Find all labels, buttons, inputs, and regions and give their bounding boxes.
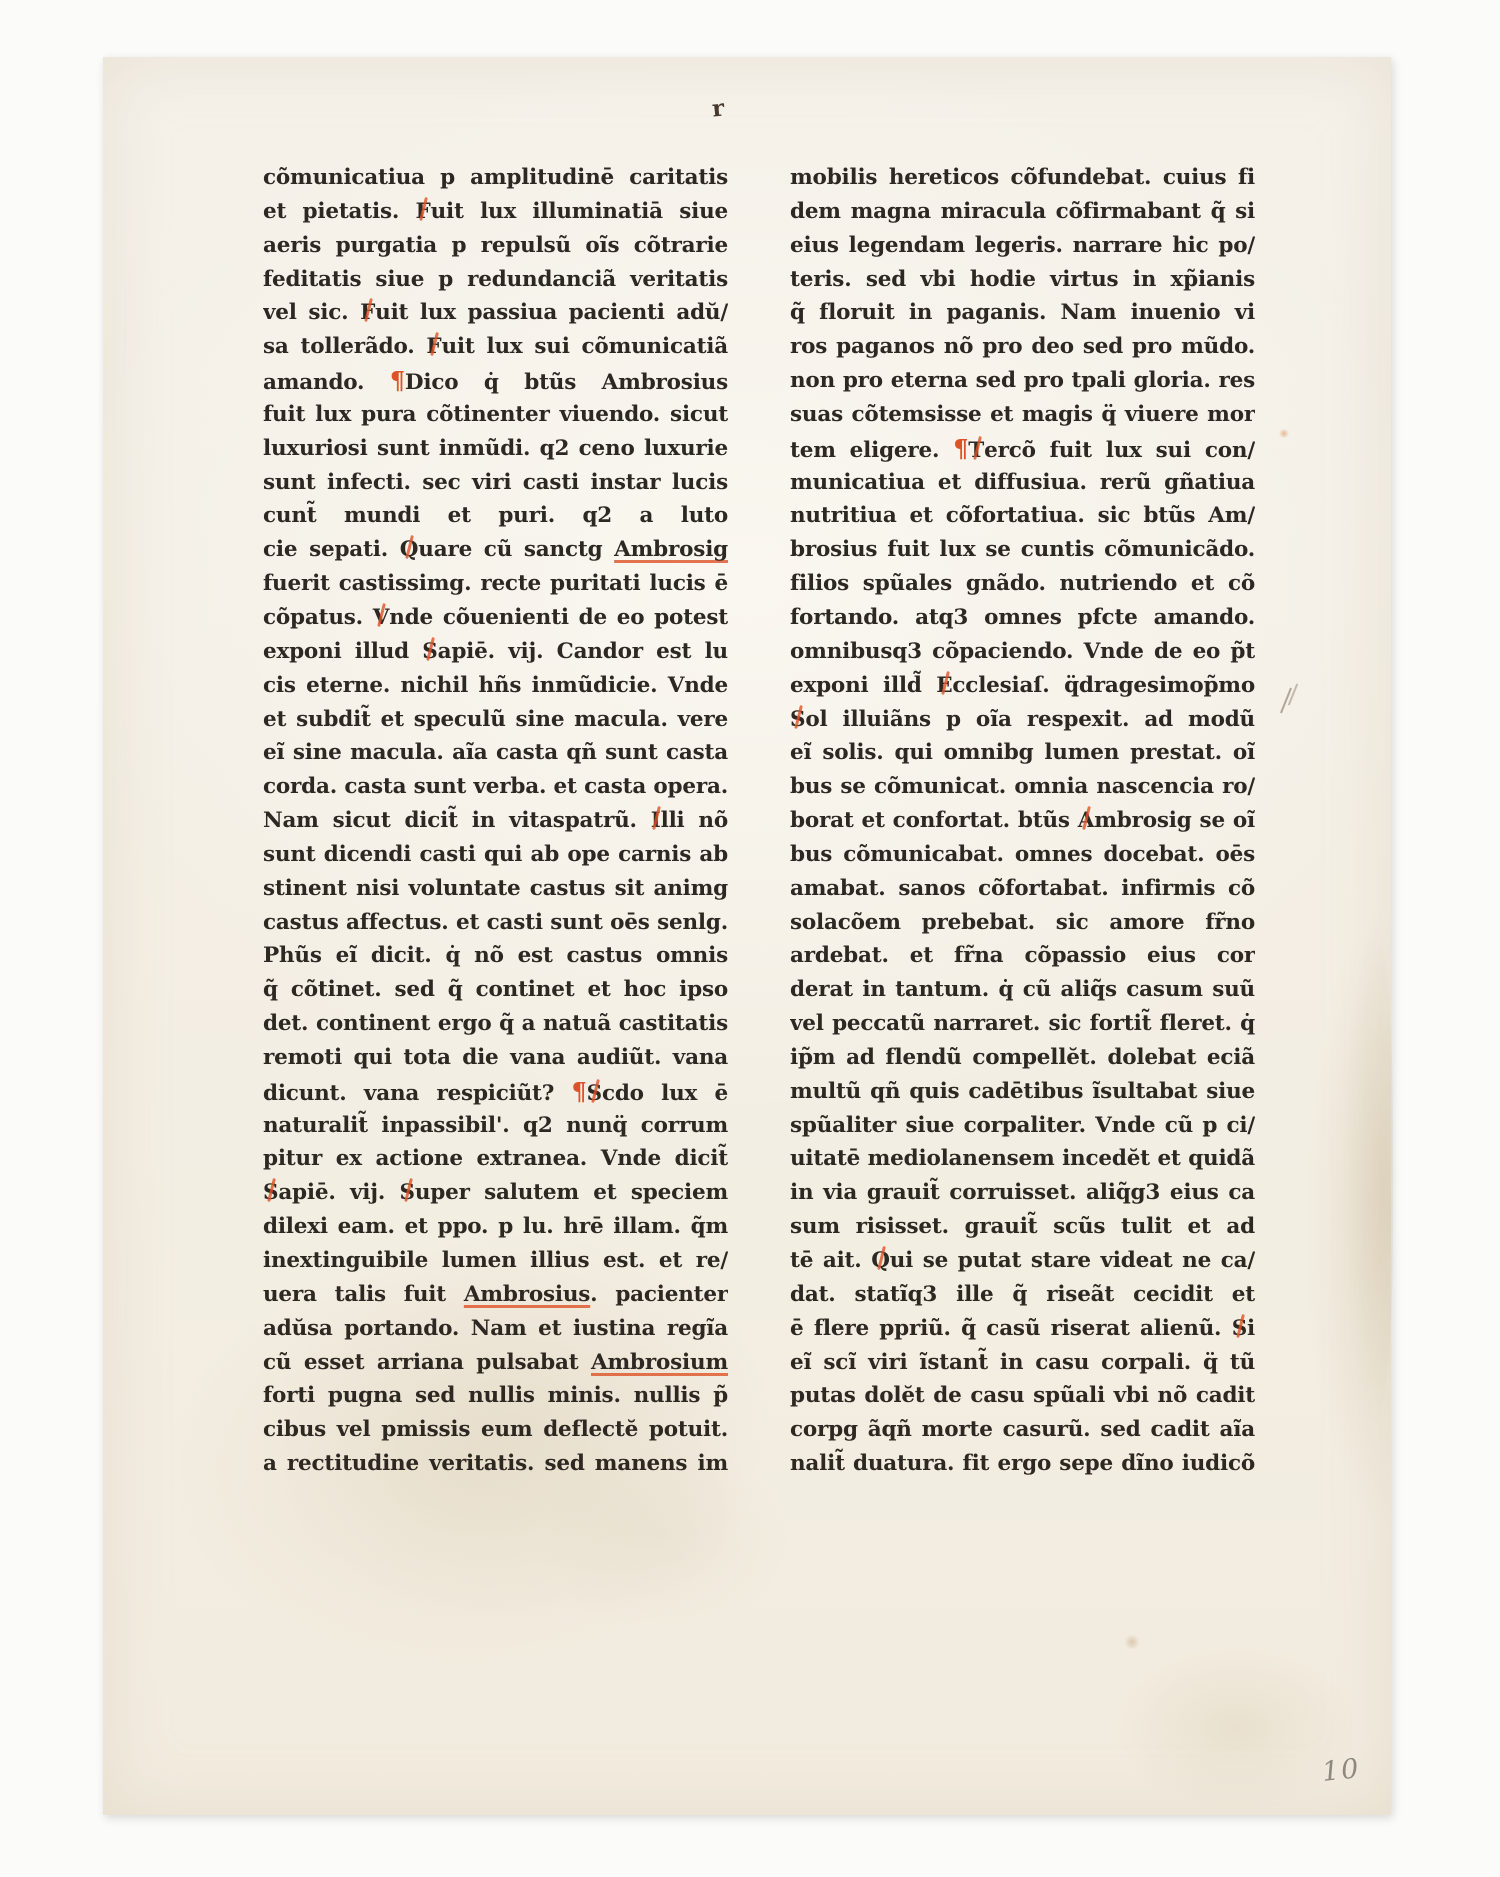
text-segment: borat et confortat. btũs xyxy=(790,808,1078,833)
text-segment: sum risisset. grauit̃ scũs tulit et ad r… xyxy=(790,1214,1255,1244)
text-segment: Nam sicut dicit̃ in vitaspatrũ. xyxy=(263,808,651,833)
text-segment: exponi illd̃ xyxy=(790,673,936,698)
text-segment: ercõ fuit lux sui con/ xyxy=(984,438,1255,463)
text-line: fuit lux pura cõtinenter viuendo. sicut xyxy=(263,398,728,432)
text-line: Phũs eĩ dicit. q̇ nõ est castus omnis xyxy=(263,939,728,973)
text-line: omnibusq3 cõpaciendo. Vnde de eo p̃t xyxy=(790,635,1255,669)
rubricated-initial: Q xyxy=(871,1244,890,1278)
text-segment: i xyxy=(1247,1316,1255,1341)
text-line: multũ qñ quis cadētibus ĩsultabat siue xyxy=(790,1075,1255,1109)
text-segment: mobilis hereticos cõfundebat. cuius fi xyxy=(790,165,1255,190)
text-line: exponi illd̃ Ecclesiaſ. q̈dragesimop̃mo xyxy=(790,669,1255,703)
text-line: Nam sicut dicit̃ in vitaspatrũ. Illi nõ xyxy=(263,804,728,838)
rubricated-initial: S xyxy=(587,1077,602,1109)
text-line: ip̃m ad flendũ compellĕt. dolebat eciã xyxy=(790,1041,1255,1075)
text-line: aeris purgatia p repulsũ oĩs cõtrarie xyxy=(263,229,728,263)
text-line: eius legendam legeris. narrare hic po/ xyxy=(790,229,1255,263)
text-segment: luxuriosi sunt inmũdi. q2 ceno luxurie xyxy=(263,436,728,461)
text-segment: et subdit̃ et speculũ sine macula. vere xyxy=(263,707,728,732)
text-segment: tem eligere. xyxy=(790,438,953,463)
text-line: bus cõmunicabat. omnes docebat. oēs xyxy=(790,838,1255,872)
text-segment: filios spũales gnãdo. nutriendo et cõ xyxy=(790,571,1255,596)
text-segment: solacõem prebebat. sic amore fr̃no totg xyxy=(790,910,1255,940)
text-segment: . pacienter xyxy=(590,1282,728,1307)
text-segment: multũ qñ quis cadētibus ĩsultabat siue xyxy=(790,1079,1255,1104)
text-segment: corpg ãqñ morte casurũ. sed cadit aĩa et… xyxy=(790,1417,1255,1447)
text-line: dem magna miracula cõfirmabant q̃ si xyxy=(790,195,1255,229)
text-segment: lli nõ xyxy=(661,808,728,833)
text-segment: eĩ scĩ viri ĩstant̃ in casu corpali. q̈ … xyxy=(790,1350,1255,1375)
text-line: spũaliter siue corpaliter. Vnde cũ p ci/ xyxy=(790,1109,1255,1143)
text-segment: aeris purgatia p repulsũ oĩs cõtrarie xyxy=(263,233,728,258)
text-line: ardebat. et fr̃na cõpassio eius cor poss… xyxy=(790,939,1255,973)
text-segment: ardebat. et fr̃na cõpassio eius cor poss… xyxy=(790,943,1255,973)
text-segment: dem magna miracula cõfirmabant q̃ si xyxy=(790,199,1255,224)
text-line: Sapiē. vij. Super salutem et speciem xyxy=(263,1176,728,1210)
text-segment: nde cõuenienti de eo potest xyxy=(389,605,728,630)
pilcrow-rubric-mark: ¶ xyxy=(953,434,968,463)
text-segment: eĩ solis. qui omnibg lumen prestat. oĩ xyxy=(790,740,1255,765)
text-line: cis eterne. nichil hñs inmũdicie. Vnde xyxy=(263,669,728,703)
rubricated-name: Ambrosig xyxy=(614,537,728,562)
text-line: luxuriosi sunt inmũdi. q2 ceno luxurie xyxy=(263,432,728,466)
rubricated-initial: S xyxy=(400,1176,415,1210)
rubricated-initial: F xyxy=(426,330,441,364)
text-segment: dat. statĩq3 ille q̃ riseãt cecidit et c… xyxy=(790,1282,1255,1312)
text-line: cibus vel pmissis eum deflectĕ potuit. xyxy=(263,1413,728,1447)
text-line: dat. statĩq3 ille q̃ riseãt cecidit et c… xyxy=(790,1278,1255,1312)
text-line: uera talis fuit Ambrosius. pacienter xyxy=(263,1278,728,1312)
text-line: sa tollerãdo. Fuit lux sui cõmunicatiã xyxy=(263,330,728,364)
text-line: brosius fuit lux se cuntis cõmunicãdo. xyxy=(790,533,1255,567)
text-line: adŭsa portando. Nam et iustina regĩa xyxy=(263,1312,728,1346)
rubricated-initial: S xyxy=(422,635,437,669)
text-segment: fortando. atq3 omnes pfcte amando. xyxy=(790,605,1255,630)
text-segment: remoti qui tota die vana audiũt. vana xyxy=(263,1045,728,1070)
rubricated-initial: F xyxy=(360,296,375,330)
text-line: teris. sed vbi hodie virtus in xp̃ianis xyxy=(790,263,1255,297)
text-segment: uit lux passiua pacienti adŭ/ xyxy=(375,300,728,325)
text-segment: eĩ sine macula. aĩa casta qñ sunt casta xyxy=(263,740,728,765)
text-line: cũ esset arriana pulsabat Ambrosium xyxy=(263,1346,728,1380)
text-line: naturalit̃ inpassibil'. q2 nunq̈ corrum xyxy=(263,1109,728,1143)
foxing-spot xyxy=(1123,1635,1141,1649)
text-segment: in via grauit̃ corruisset. aliq̃g3 eius … xyxy=(790,1180,1255,1205)
text-segment: cclesiaſ. q̈dragesimop̃mo xyxy=(952,673,1255,698)
text-line: cie sepati. Quare cũ sanctg Ambrosig xyxy=(263,533,728,567)
text-segment: uera talis fuit xyxy=(263,1282,464,1307)
text-segment: non pro eterna sed pro tpali gloria. res xyxy=(790,368,1255,393)
text-segment: det. continent ergo q̃ a natuã castitati… xyxy=(263,1011,728,1036)
text-segment: castus affectus. et casti sunt oēs senlg… xyxy=(263,910,728,935)
text-line: amabat. sanos cõfortabat. infirmis cõ xyxy=(790,872,1255,906)
text-line: sunt dicendi casti qui ab ope carnis ab xyxy=(263,838,728,872)
text-segment: naturalit̃ inpassibil'. q2 nunq̈ corrum xyxy=(263,1113,728,1138)
rubricated-initial: S xyxy=(790,703,805,737)
text-segment: suas cõtemsisse et magis q̈ viuere mor xyxy=(790,402,1255,427)
text-segment: q̃ cõtinet. sed q̃ continet et hoc ipso … xyxy=(263,977,728,1007)
text-line: borat et confortat. btũs Ambrosig se oĩ xyxy=(790,804,1255,838)
text-line: eĩ scĩ viri ĩstant̃ in casu corpali. q̈ … xyxy=(790,1346,1255,1380)
text-segment: cõmunicatiua p amplitudinē caritatis xyxy=(263,165,728,190)
text-line: nutritiua et cõfortatiua. sic btũs Am/ xyxy=(790,499,1255,533)
text-line: det. continent ergo q̃ a natuã castitati… xyxy=(263,1007,728,1041)
text-segment: eius legendam legeris. narrare hic po/ xyxy=(790,233,1255,258)
text-line: ros paganos nõ pro deo sed pro mũdo. xyxy=(790,330,1255,364)
text-segment: cdo lux ē xyxy=(602,1081,728,1106)
rubricated-initial: S xyxy=(263,1176,278,1210)
text-segment: bus cõmunicabat. omnes docebat. oēs xyxy=(790,842,1255,867)
text-line: exponi illud Sapiē. vij. Candor est lu xyxy=(263,635,728,669)
rubricated-initial: Q xyxy=(400,533,419,567)
text-line: pitur ex actione extranea. Vnde dicit̃ xyxy=(263,1142,728,1176)
rubricated-name: Ambrosius xyxy=(464,1282,590,1307)
text-line: fortando. atq3 omnes pfcte amando. xyxy=(790,601,1255,635)
rubricated-name: Ambrosium xyxy=(591,1350,728,1375)
text-segment: forti pugna sed nullis minis. nullis p̃ xyxy=(263,1383,728,1408)
text-segment: nalit̃ duatura. fit ergo sepe dĩno iudic… xyxy=(790,1451,1255,1476)
rubricated-initial: F xyxy=(416,195,431,229)
text-segment: ros paganos nõ pro deo sed pro mũdo. xyxy=(790,334,1255,359)
rubricated-initial: A xyxy=(1078,804,1094,838)
text-segment: teris. sed vbi hodie virtus in xp̃ianis xyxy=(790,267,1255,292)
text-segment: municatiua et diffusiua. rerũ gñatiua xyxy=(790,470,1255,495)
text-segment: adŭsa portando. Nam et iustina regĩa xyxy=(263,1316,728,1341)
text-segment: cie sepati. xyxy=(263,537,400,562)
pilcrow-rubric-mark: ¶ xyxy=(390,366,405,395)
text-line: cunt̃ mundi et puri. q2 a luto cõcupiscē xyxy=(263,499,728,533)
text-segment: ip̃m ad flendũ compellĕt. dolebat eciã xyxy=(790,1045,1255,1070)
text-line: amando. ¶Dico q̇ btũs Ambrosius xyxy=(263,364,728,398)
text-segment: sunt dicendi casti qui ab ope carnis ab xyxy=(263,842,728,867)
text-segment: uare cũ sanctg xyxy=(418,537,614,562)
text-line: derat in tantum. q̇ cũ aliq̃s casum suũ xyxy=(790,973,1255,1007)
text-segment: apiē. vij. Candor est lu xyxy=(438,639,728,664)
text-line: ē flere ppriũ. q̃ casũ riserat alienũ. S… xyxy=(790,1312,1255,1346)
text-segment: feditatis siue p redundanciã veritatis xyxy=(263,267,728,292)
text-line: dicunt. vana respiciũt? ¶Scdo lux ē xyxy=(263,1075,728,1109)
text-segment: omnibusq3 cõpaciendo. Vnde de eo p̃t xyxy=(790,639,1255,664)
text-segment: Dico q̇ btũs Ambrosius xyxy=(405,370,728,395)
text-line: et subdit̃ et speculũ sine macula. vere xyxy=(263,703,728,737)
paper-leaf: r cõmunicatiua p amplitudinē caritatiset… xyxy=(103,57,1391,1815)
text-segment: corda. casta sunt verba. et casta opera. xyxy=(263,774,728,799)
text-segment: bus se cõmunicat. omnia nascencia ro/ xyxy=(790,774,1255,799)
text-line: fuerit castissimg. recte puritati lucis … xyxy=(263,567,728,601)
folio-signature-mark: r xyxy=(711,94,726,122)
text-segment: sunt infecti. sec viri casti instar luci… xyxy=(263,470,728,500)
text-segment: derat in tantum. q̇ cũ aliq̃s casum suũ xyxy=(790,977,1255,1002)
text-segment: uitatē mediolanensem incedĕt et quidã xyxy=(790,1146,1255,1171)
text-segment: cũ esset arriana pulsabat xyxy=(263,1350,591,1375)
text-line: vel peccatũ narraret. sic fortit̃ fleret… xyxy=(790,1007,1255,1041)
text-segment: exponi illud xyxy=(263,639,422,664)
text-line: non pro eterna sed pro tpali gloria. res xyxy=(790,364,1255,398)
text-line: suas cõtemsisse et magis q̈ viuere mor xyxy=(790,398,1255,432)
text-segment: et pietatis. xyxy=(263,199,416,224)
rubricated-initial: T xyxy=(968,434,984,466)
text-segment: stinent nisi voluntate castus sit animg xyxy=(263,876,728,901)
text-segment: ē flere ppriũ. q̃ casũ riserat alienũ. xyxy=(790,1316,1232,1341)
text-line: feditatis siue p redundanciã veritatis xyxy=(263,263,728,297)
text-line: cõmunicatiua p amplitudinē caritatis xyxy=(263,161,728,195)
text-segment: q̃ floruit in paganis. Nam inuenio vi xyxy=(790,300,1255,325)
text-line: filios spũales gnãdo. nutriendo et cõ xyxy=(790,567,1255,601)
text-segment: brosius fuit lux se cuntis cõmunicãdo. xyxy=(790,537,1255,562)
text-segment: dicunt. vana respiciũt? xyxy=(263,1081,572,1106)
text-line: corda. casta sunt verba. et casta opera. xyxy=(263,770,728,804)
text-segment: uit lux illuminatiā siue xyxy=(431,199,728,224)
text-segment: pitur ex actione extranea. Vnde dicit̃ xyxy=(263,1146,728,1171)
text-line: a rectitudine veritatis. sed manens im xyxy=(263,1447,728,1481)
text-segment: mbrosig se oĩ xyxy=(1094,808,1255,833)
text-line: forti pugna sed nullis minis. nullis p̃ xyxy=(263,1379,728,1413)
text-line: in via grauit̃ corruisset. aliq̃g3 eius … xyxy=(790,1176,1255,1210)
text-segment: sa tollerãdo. xyxy=(263,334,426,359)
text-line: dilexi eam. et ppo. p lu. hrē illam. q̃m xyxy=(263,1210,728,1244)
text-line: bus se cõmunicat. omnia nascencia ro/ xyxy=(790,770,1255,804)
text-segment: uit lux sui cõmunicatiã xyxy=(441,334,728,359)
text-line: tem eligere. ¶Tercõ fuit lux sui con/ xyxy=(790,432,1255,466)
text-line: municatiua et diffusiua. rerũ gñatiua xyxy=(790,466,1255,500)
text-column-right: mobilis hereticos cõfundebat. cuius fide… xyxy=(790,161,1255,1481)
text-segment: putas dolĕt de casu spũali vbi nõ cadit xyxy=(790,1383,1255,1408)
text-line: putas dolĕt de casu spũali vbi nõ cadit xyxy=(790,1379,1255,1413)
text-line: q̃ floruit in paganis. Nam inuenio vi xyxy=(790,296,1255,330)
text-line: solacõem prebebat. sic amore fr̃no totg xyxy=(790,906,1255,940)
text-segment: ui se putat stare videat ne ca/ xyxy=(890,1248,1255,1273)
scanned-incunabulum-page: { "document": { "kind": "incunabulum-lea… xyxy=(0,0,1500,1877)
text-line: mobilis hereticos cõfundebat. cuius fi xyxy=(790,161,1255,195)
text-segment: Phũs eĩ dicit. q̇ nõ est castus omnis xyxy=(263,943,728,968)
text-line: Sol illuiãns p oĩa respexit. ad modũ xyxy=(790,703,1255,737)
text-segment: inextinguibile lumen illius est. et re/ xyxy=(263,1248,728,1273)
pencil-folio-number: 10 xyxy=(1320,1753,1361,1788)
pilcrow-rubric-mark: ¶ xyxy=(572,1077,587,1106)
text-line: inextinguibile lumen illius est. et re/ xyxy=(263,1244,728,1278)
text-line: vel sic. Fuit lux passiua pacienti adŭ/ xyxy=(263,296,728,330)
rubricated-initial: V xyxy=(373,601,389,635)
text-line: castus affectus. et casti sunt oēs senlg… xyxy=(263,906,728,940)
text-segment: dilexi eam. et ppo. p lu. hrē illam. q̃m xyxy=(263,1214,728,1239)
text-segment: fuit lux pura cõtinenter viuendo. sicut xyxy=(263,402,728,427)
text-line: tē ait. Qui se putat stare videat ne ca/ xyxy=(790,1244,1255,1278)
text-line: corpg ãqñ morte casurũ. sed cadit aĩa et… xyxy=(790,1413,1255,1447)
text-segment: amabat. sanos cõfortabat. infirmis cõ xyxy=(790,876,1255,901)
rubricated-initial: I xyxy=(651,804,661,838)
text-line: nalit̃ duatura. fit ergo sepe dĩno iudic… xyxy=(790,1447,1255,1481)
text-line: eĩ sine macula. aĩa casta qñ sunt casta xyxy=(263,736,728,770)
text-line: stinent nisi voluntate castus sit animg xyxy=(263,872,728,906)
text-line: uitatē mediolanensem incedĕt et quidã xyxy=(790,1142,1255,1176)
text-segment: cõpatus. xyxy=(263,605,373,630)
text-segment: vel sic. xyxy=(263,300,360,325)
foxing-spot xyxy=(1279,429,1289,438)
text-segment: apiē. vij. xyxy=(278,1180,399,1205)
edge-stain xyxy=(1341,917,1393,1437)
text-line: sum risisset. grauit̃ scũs tulit et ad r… xyxy=(790,1210,1255,1244)
text-line: cõpatus. Vnde cõuenienti de eo potest xyxy=(263,601,728,635)
text-segment: cis eterne. nichil hñs inmũdicie. Vnde xyxy=(263,673,728,698)
text-segment: ol illuiãns p oĩa respexit. ad modũ xyxy=(805,707,1255,732)
text-segment: nutritiua et cõfortatiua. sic btũs Am/ xyxy=(790,503,1255,528)
text-segment: tē ait. xyxy=(790,1248,871,1273)
text-segment: fuerit castissimg. recte puritati lucis … xyxy=(263,571,728,596)
text-segment: a rectitudine veritatis. sed manens im xyxy=(263,1451,728,1476)
text-line: eĩ solis. qui omnibg lumen prestat. oĩ xyxy=(790,736,1255,770)
text-column-left: cõmunicatiua p amplitudinē caritatiset p… xyxy=(263,161,728,1481)
text-segment: cibus vel pmissis eum deflectĕ potuit. xyxy=(263,1417,728,1442)
text-line: remoti qui tota die vana audiũt. vana xyxy=(263,1041,728,1075)
text-segment: cunt̃ mundi et puri. q2 a luto cõcupiscē xyxy=(263,503,728,533)
text-line: q̃ cõtinet. sed q̃ continet et hoc ipso … xyxy=(263,973,728,1007)
rubricated-initial: E xyxy=(936,669,952,703)
text-segment: vel peccatũ narraret. sic fortit̃ fleret… xyxy=(790,1011,1255,1036)
text-segment: spũaliter siue corpaliter. Vnde cũ p ci/ xyxy=(790,1113,1255,1138)
text-segment: amando. xyxy=(263,370,390,395)
text-segment: uper salutem et speciem xyxy=(415,1180,728,1205)
text-line: et pietatis. Fuit lux illuminatiā siue xyxy=(263,195,728,229)
rubricated-initial: S xyxy=(1232,1312,1247,1346)
text-line: sunt infecti. sec viri casti instar luci… xyxy=(263,466,728,500)
